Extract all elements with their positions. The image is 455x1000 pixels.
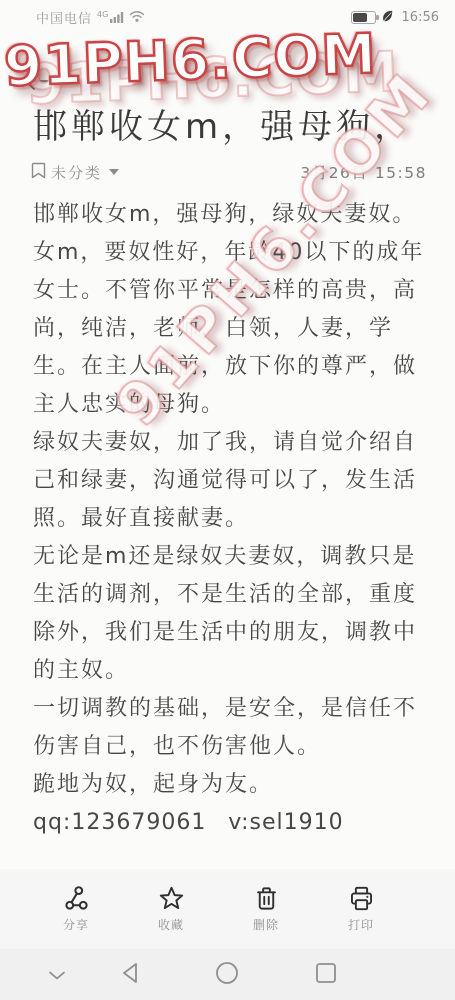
note-datetime: 3月26日 15:58 <box>300 161 427 183</box>
back-button[interactable] <box>24 70 50 92</box>
body-paragraph: 邯郸收女m，强母狗，绿奴夫妻奴。 <box>33 196 435 234</box>
chevron-down-icon <box>109 169 119 175</box>
android-nav-bar <box>0 949 455 1000</box>
status-bar: 中国电信 4G <box>0 0 455 30</box>
category-label: 未分类 <box>51 162 102 183</box>
carrier-label: 中国电信 <box>36 8 92 27</box>
favorite-button[interactable]: 收藏 <box>140 885 202 933</box>
note-body[interactable]: 邯郸收女m，强母狗，绿奴夫妻奴。女m，要奴性好，年龄40以下的成年女士。不管你平… <box>33 196 435 842</box>
hide-navbar-chevron-icon[interactable] <box>48 965 66 984</box>
share-button[interactable]: 分享 <box>45 885 107 933</box>
body-paragraph: 无论是m还是绿奴夫妻奴，调教只是生活的调剂，不是生活的全部，重度除外，我们是生活… <box>33 538 435 690</box>
body-paragraph: 女m，要奴性好，年龄40以下的成年女士。不管你平常是怎样的高贵，高尚，纯洁，老师… <box>33 234 435 424</box>
share-icon <box>63 885 90 912</box>
print-label: 打印 <box>348 916 374 933</box>
printer-icon <box>348 885 375 912</box>
contact-line: qq:123679061 v:sel1910 <box>33 804 435 842</box>
power-saving-leaf-icon <box>381 8 394 27</box>
network-badge: 4G <box>97 10 108 19</box>
note-meta-row: 未分类 3月26日 15:58 <box>31 161 427 183</box>
nav-recents-icon[interactable] <box>315 962 337 988</box>
nav-back-icon[interactable] <box>120 962 140 988</box>
category-selector[interactable]: 未分类 <box>31 162 119 183</box>
nav-home-icon[interactable] <box>215 961 239 989</box>
note-title[interactable]: 邯郸收女m，强母狗， <box>33 104 435 150</box>
favorite-label: 收藏 <box>158 916 184 933</box>
battery-icon <box>351 11 376 24</box>
body-paragraph: 一切调教的基础，是安全，是信任不伤害自己，也不伤害他人。 <box>33 690 435 766</box>
body-paragraph: 跪地为奴，起身为友。 <box>33 766 435 804</box>
signal-bars-icon <box>110 8 124 27</box>
share-label: 分享 <box>63 916 89 933</box>
wifi-icon <box>129 8 145 27</box>
print-button[interactable]: 打印 <box>330 885 392 933</box>
delete-button[interactable]: 删除 <box>235 885 297 933</box>
watermark-banner: 91PH6.COM <box>3 22 378 99</box>
clock-time: 16:56 <box>402 10 439 25</box>
bookmark-icon <box>31 162 46 183</box>
bottom-toolbar: 分享 收藏 删除 <box>0 869 455 949</box>
star-icon <box>158 885 185 912</box>
phone-screen: 中国电信 4G <box>0 0 455 1000</box>
trash-icon <box>253 885 280 912</box>
body-paragraph: 绿奴夫妻奴，加了我，请自觉介绍自己和绿妻，沟通觉得可以了，发生活照。最好直接献妻… <box>33 424 435 538</box>
delete-label: 删除 <box>253 916 279 933</box>
